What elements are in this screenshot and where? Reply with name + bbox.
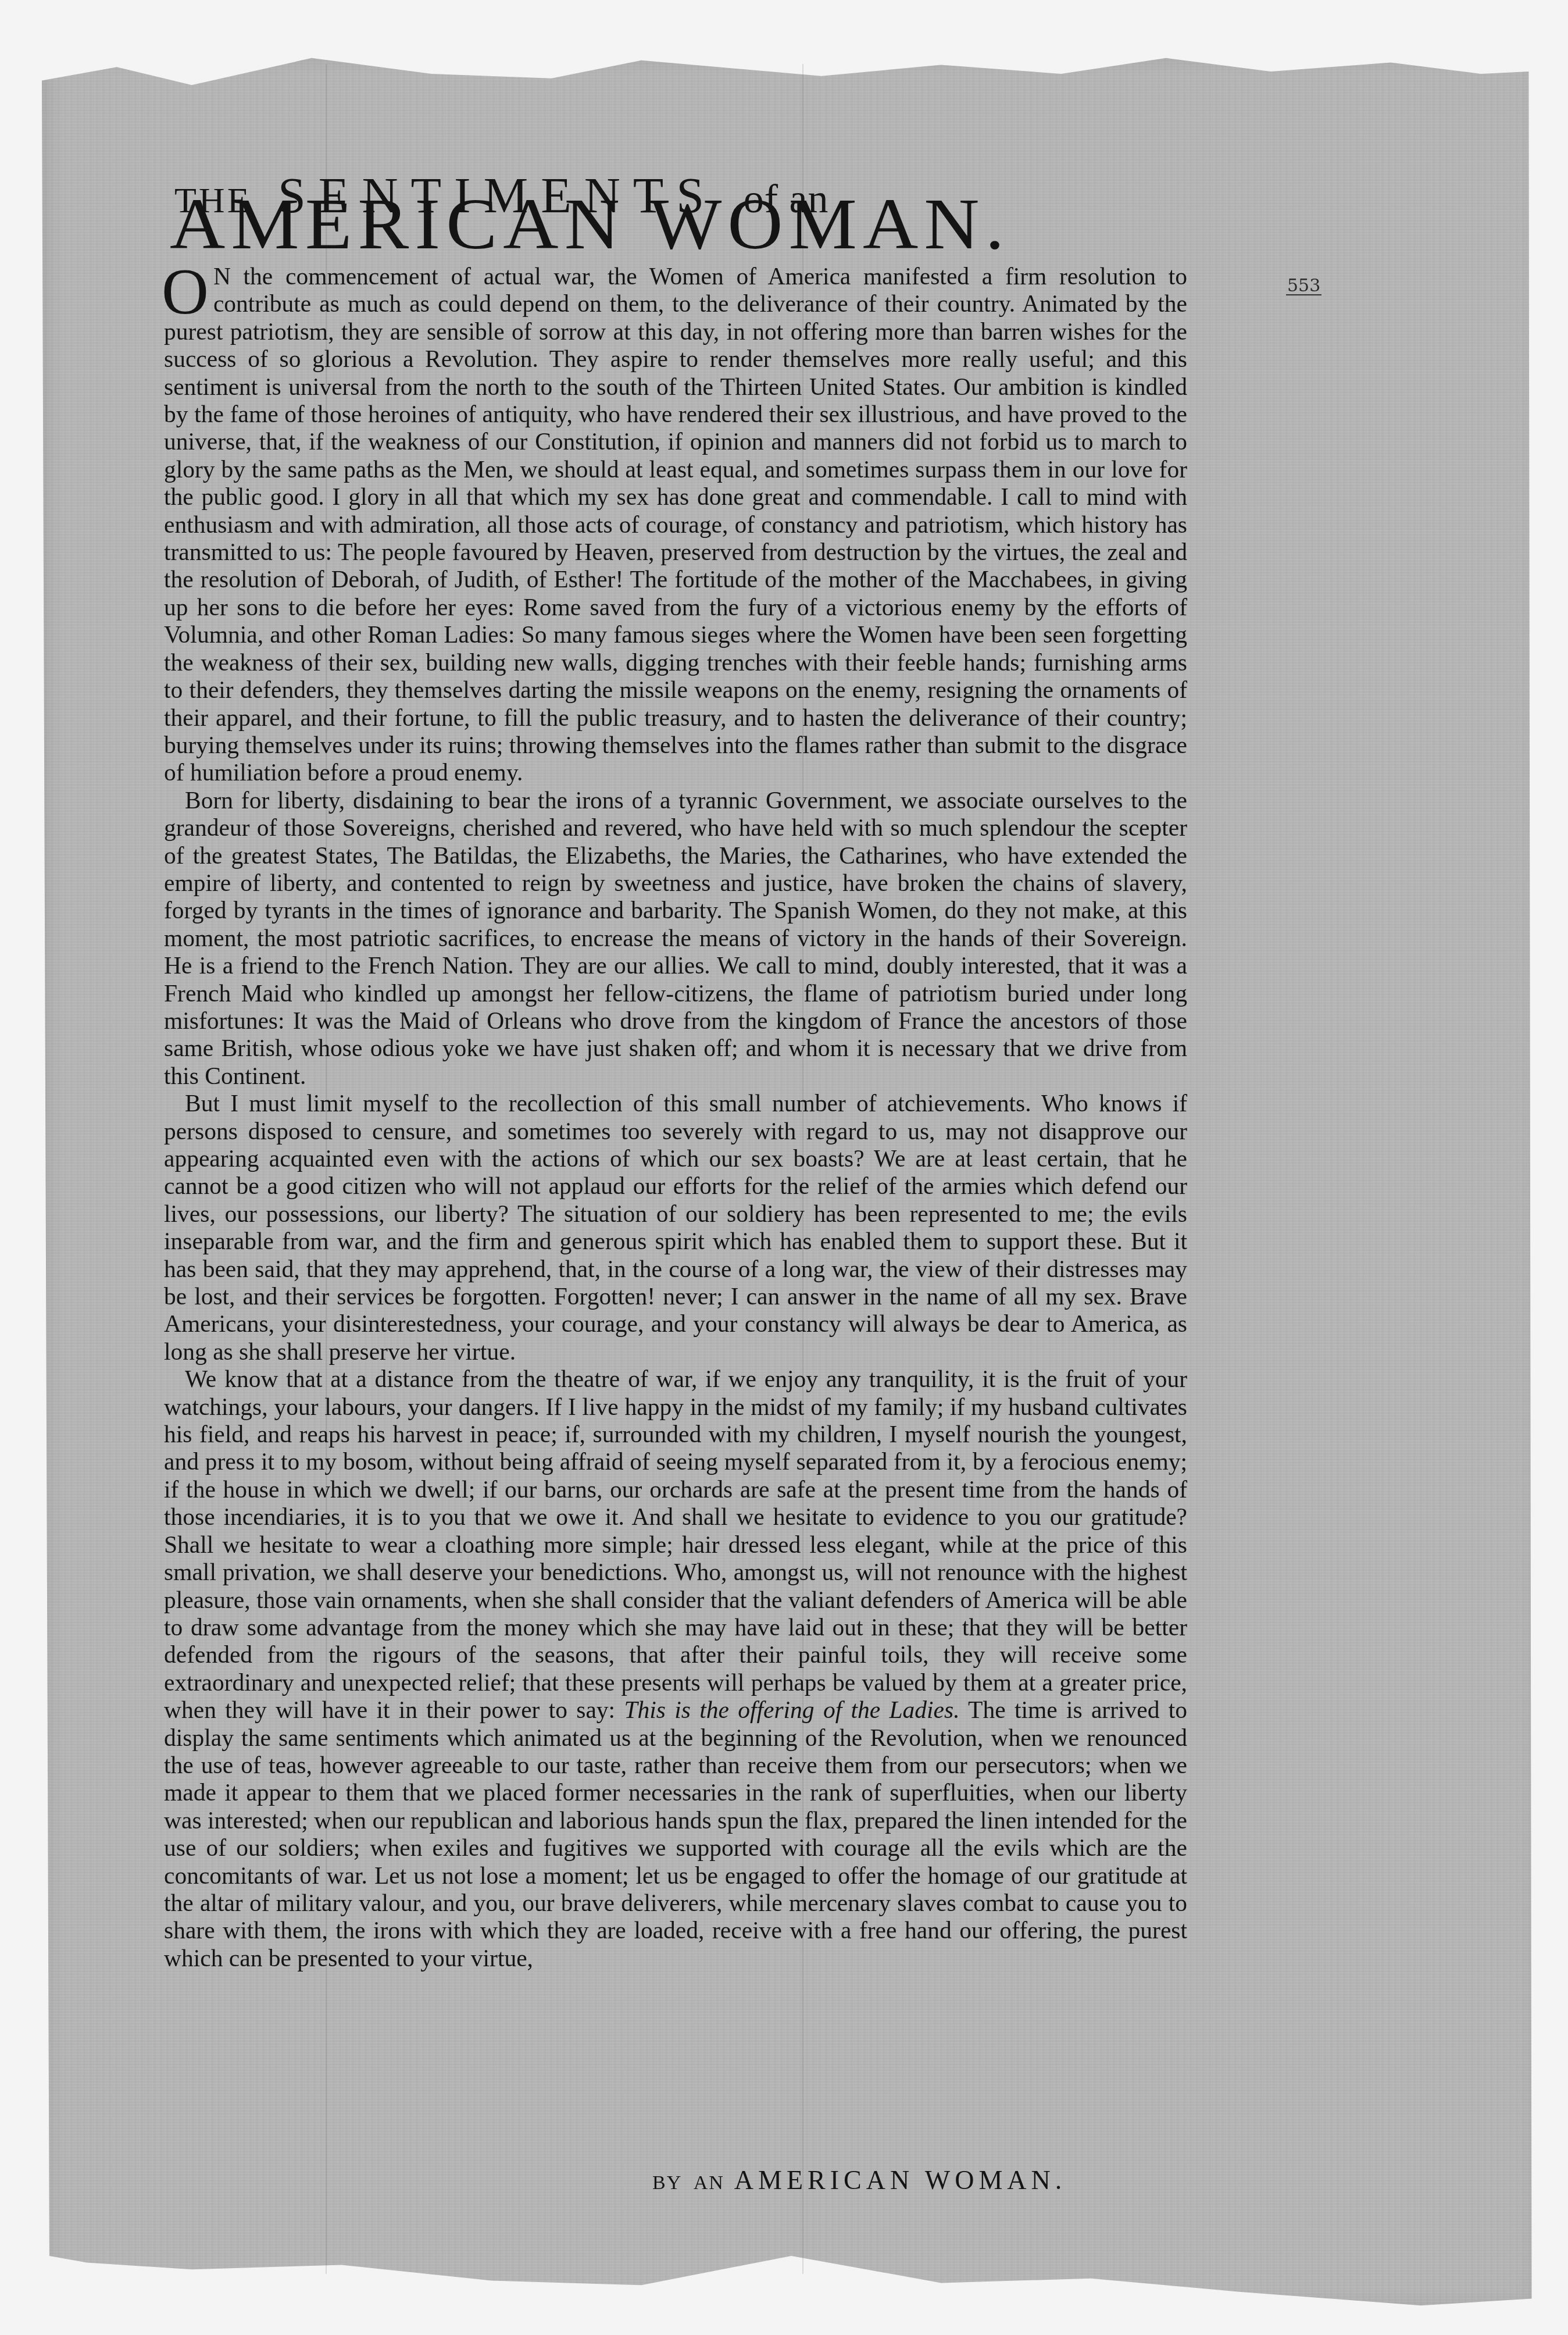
italic-quote: This is the offering of the Ladies. bbox=[624, 1696, 959, 1723]
signature-name: AMERICAN WOMAN. bbox=[734, 2165, 1067, 2195]
document-body: ON the commencement of actual war, the W… bbox=[164, 263, 1187, 1972]
paragraph-text: N the commencement of actual war, the Wo… bbox=[164, 263, 1187, 786]
paragraph-text-tail: The time is arrived to display the same … bbox=[164, 1696, 1187, 1972]
title-line-2: AMERICAN WOMAN. bbox=[170, 181, 1010, 266]
paragraph-text: We know that at a distance from the thea… bbox=[164, 1366, 1187, 1723]
margin-page-number: 553 bbox=[1286, 278, 1321, 295]
signature-by: BY bbox=[652, 2172, 682, 2194]
paragraph-3: But I must limit myself to the recollect… bbox=[164, 1090, 1187, 1366]
paragraph-4: We know that at a distance from the thea… bbox=[164, 1366, 1187, 1972]
paragraph-2: Born for liberty, disdaining to bear the… bbox=[164, 787, 1187, 1090]
signature-an: AN bbox=[694, 2172, 724, 2194]
dropcap: O bbox=[162, 266, 209, 318]
signature: BY AN AMERICAN WOMAN. bbox=[652, 2165, 1066, 2195]
paragraph-1: ON the commencement of actual war, the W… bbox=[164, 263, 1187, 787]
